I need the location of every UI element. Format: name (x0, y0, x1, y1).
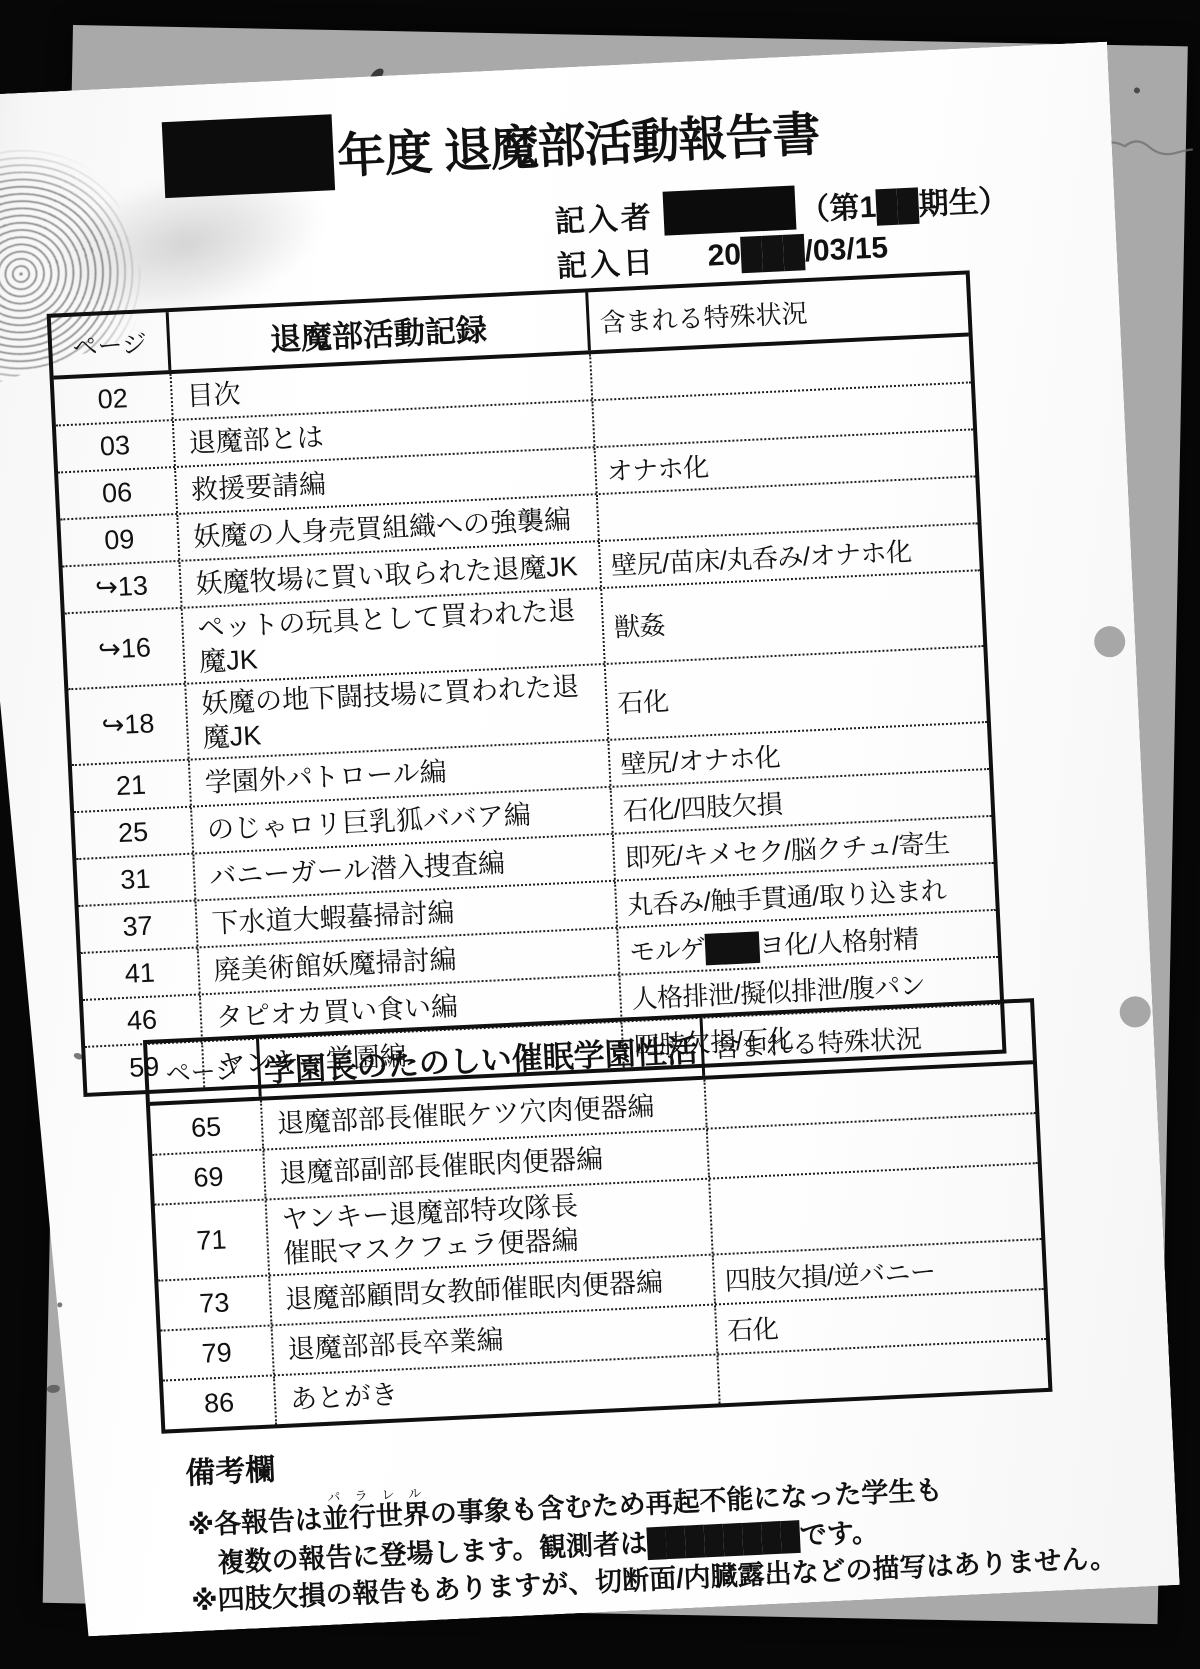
redaction-box (162, 114, 335, 198)
cell-page: 03 (56, 421, 176, 472)
header-page: ページ (147, 1039, 262, 1102)
cell-page: ↪16 (65, 609, 186, 688)
cell-sit (710, 1164, 1041, 1253)
redaction-box (663, 185, 797, 235)
cell-page: 02 (54, 374, 174, 425)
report-paper: 年度 退魔部活動報告書 記入者 （第1██期生） 記入日 20███/03/15… (0, 42, 1180, 1640)
cell-page: ↪18 (68, 685, 189, 764)
meta-block: 記入者 （第1██期生） 記入日 20███/03/15 (554, 174, 1012, 285)
cell-page: 37 (79, 901, 199, 952)
cell-page: 69 (152, 1151, 266, 1204)
cell-page: 25 (74, 808, 194, 859)
table-body: 02目次03退魔部とは06救援要請編オナホ化09妖魔の人身売買組織への強襲編↪1… (54, 336, 1003, 1092)
header-situations: 含まれる特殊状況 (703, 1002, 1033, 1075)
date-value: 20███/03/15 (655, 231, 889, 276)
date-label: 記入日 (556, 237, 657, 286)
activity-record-table: ページ 退魔部活動記録 含まれる特殊状況 02目次03退魔部とは06救援要請編オ… (47, 270, 1007, 1097)
report-title: 年度 退魔部活動報告書 (162, 91, 821, 198)
remarks-text: ※各報告は (187, 1504, 323, 1540)
writer-label: 記入者 (554, 192, 655, 241)
cell-page: 21 (72, 761, 192, 812)
cell-page: ↪13 (63, 562, 183, 613)
cell-page: 79 (161, 1326, 275, 1379)
cell-page: 09 (60, 515, 180, 566)
speck (57, 1302, 62, 1307)
cell-page: 31 (76, 855, 196, 906)
cell-page: 41 (81, 948, 201, 999)
remarks-section: 備考欄 ※各報告は並行世界パラレルの事象も含むため再起不能になった学生も 複数の… (184, 1406, 1091, 1620)
cell-page: 65 (150, 1101, 264, 1154)
speck (1134, 87, 1140, 93)
punch-hole-mark (1119, 996, 1151, 1028)
cell-page: 86 (163, 1376, 277, 1429)
cell-page: 73 (158, 1276, 272, 1329)
punch-hole-mark (1094, 625, 1126, 657)
ruby-parallel-world: 並行世界パラレル (321, 1499, 430, 1534)
cell-page: 06 (58, 468, 178, 519)
cell-page: 71 (155, 1201, 270, 1280)
header-page: ページ (51, 312, 172, 375)
table-body: 65退魔部部長催眠ケツ穴肉便器編69退魔部副部長催眠肉便器編71ヤンキー退魔部特… (150, 1064, 1048, 1429)
page-title: 年度 退魔部活動報告書 (336, 95, 821, 187)
scanned-report-photo: 年度 退魔部活動報告書 記入者 （第1██期生） 記入日 20███/03/15… (0, 0, 1200, 1669)
speck (47, 1385, 60, 1393)
hypnosis-chapter-table: ページ 学園長のたのしい催眠学園性活 含まれる特殊状況 65退魔部部長催眠ケツ穴… (143, 998, 1053, 1434)
